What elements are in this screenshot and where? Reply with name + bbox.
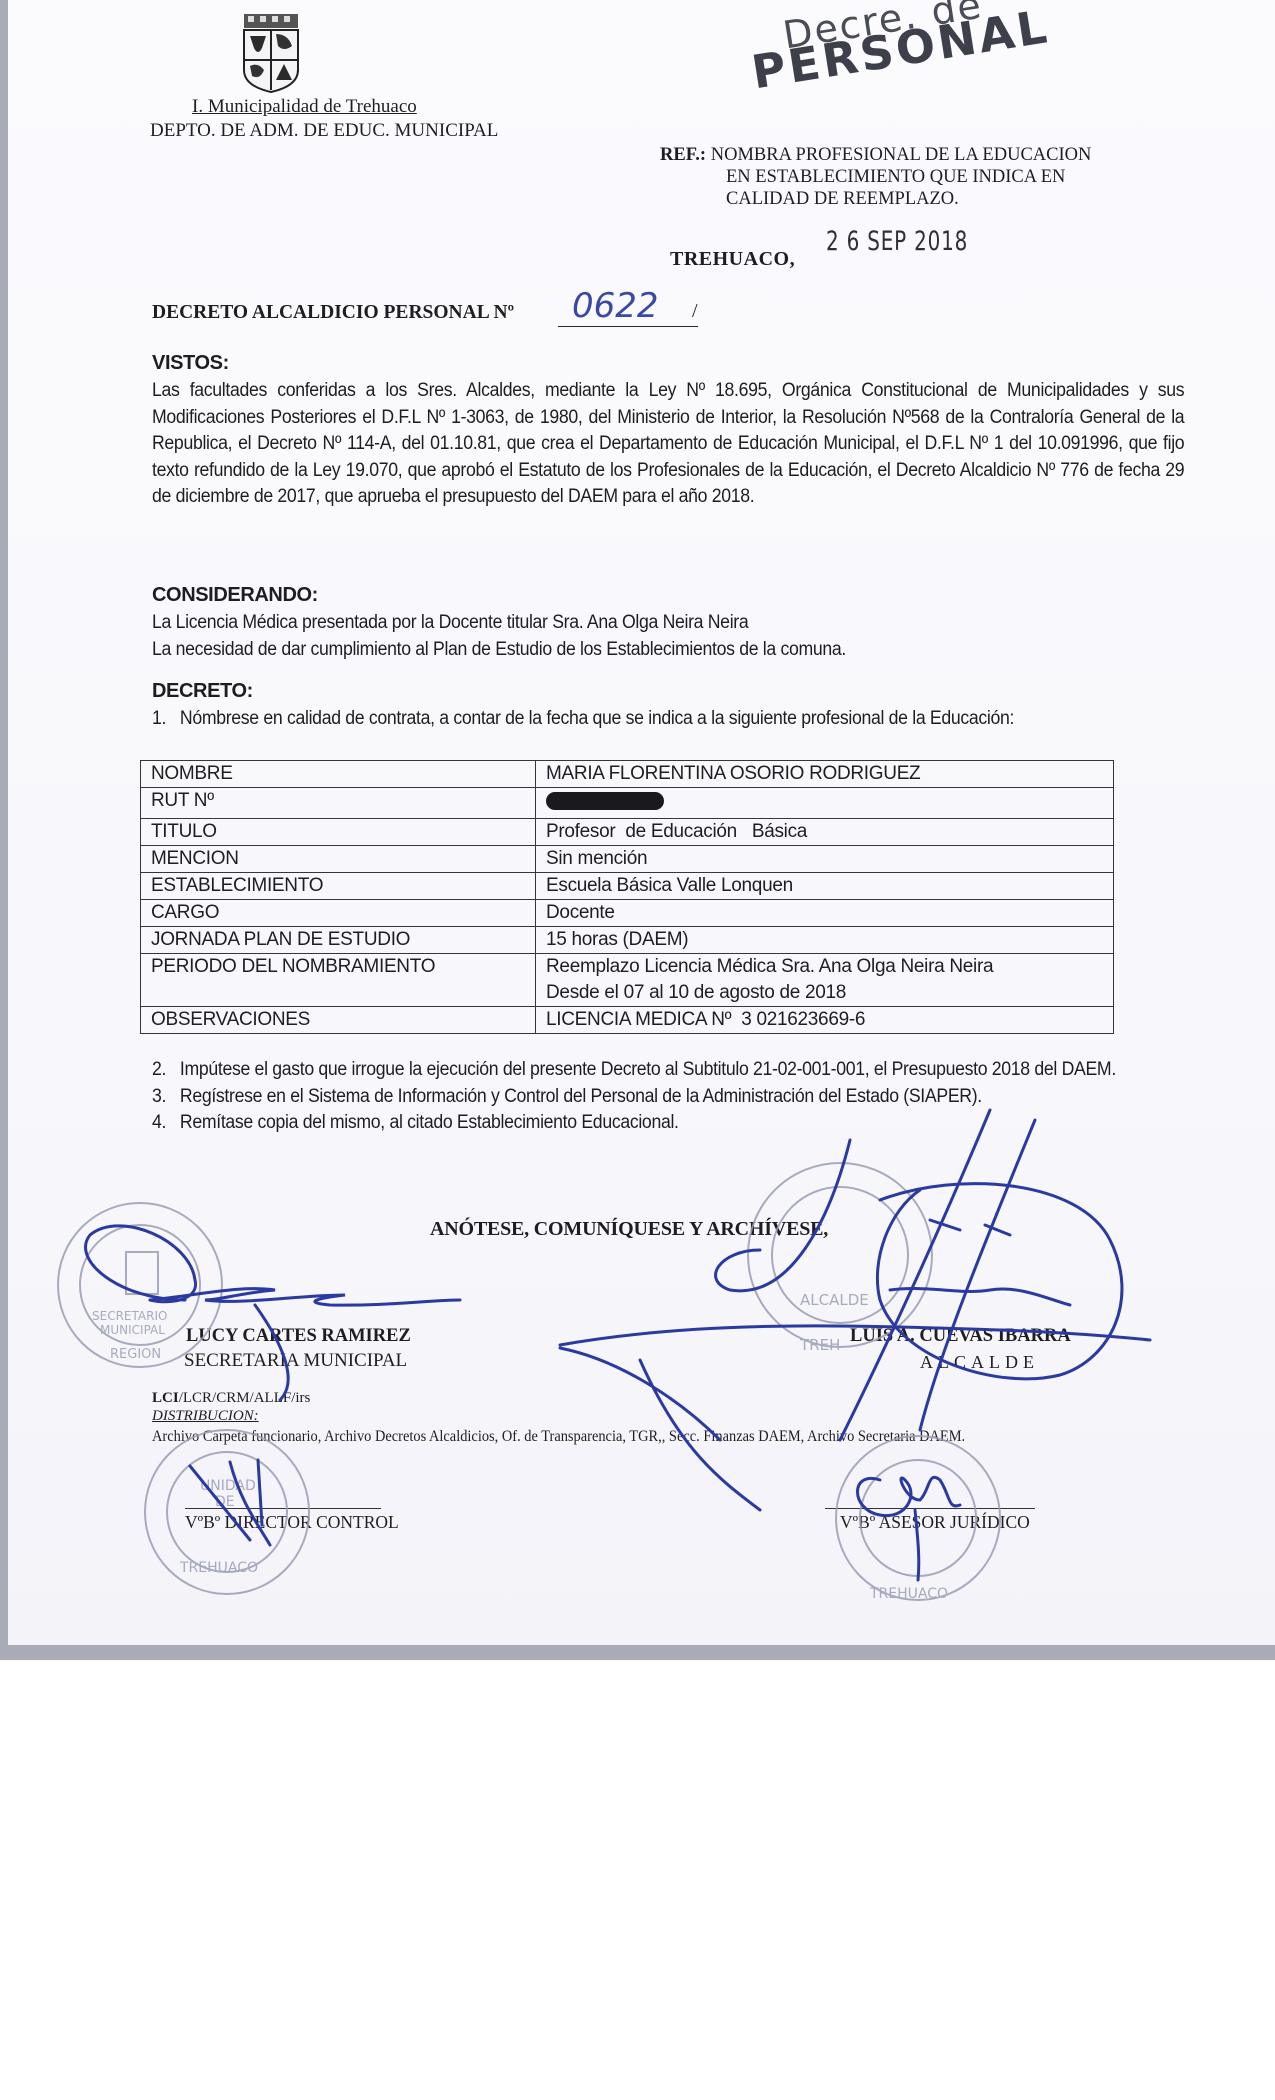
table-row: ESTABLECIMIENTOEscuela Básica Valle Lonq…	[141, 873, 1114, 900]
department-name: DEPTO. DE ADM. DE EDUC. MUNICIPAL	[150, 120, 498, 142]
row-value: MARIA FLORENTINA OSORIO RODRIGUEZ	[536, 761, 1114, 788]
item-text: Remítase copia del mismo, al citado Esta…	[180, 1110, 1184, 1137]
approval-control: VºBº DIRECTOR CONTROL	[185, 1512, 399, 1533]
row-label: PERIODO DEL NOMBRAMIENTO	[141, 954, 536, 1007]
reference-block: REF.: NOMBRA PROFESIONAL DE LA EDUCACION…	[660, 144, 1091, 210]
row-label: MENCION	[141, 846, 536, 873]
reference-line: EN ESTABLECIMIENTO QUE INDICA EN	[660, 166, 1091, 188]
reference-line: CALIDAD DE REEMPLAZO.	[660, 188, 1091, 210]
initials: LCI/LCR/CRM/ALLF/irs	[152, 1390, 310, 1407]
considerando-heading: CONSIDERANDO:	[152, 584, 318, 607]
considerando-text: La Licencia Médica presentada por la Doc…	[152, 610, 1175, 663]
row-value: Profesor de Educación Básica	[536, 819, 1114, 846]
row-label: JORNADA PLAN DE ESTUDIO	[141, 927, 536, 954]
considerando-line: La necesidad de dar cumplimiento al Plan…	[152, 637, 1175, 664]
row-label: CARGO	[141, 900, 536, 927]
table-row: TITULOProfesor de Educación Básica	[141, 819, 1114, 846]
decreto-item: 1. Nómbrese en calidad de contrata, a co…	[152, 706, 1184, 733]
considerando-line: La Licencia Médica presentada por la Doc…	[152, 610, 1175, 637]
row-label: ESTABLECIMIENTO	[141, 873, 536, 900]
reference-label: REF.:	[660, 145, 706, 165]
decree-title: DECRETO ALCALDICIO PERSONAL Nº	[152, 302, 514, 324]
secretary-role: SECRETARIA MUNICIPAL	[184, 1350, 407, 1372]
row-value: LICENCIA MEDICA Nº 3 021623669-6	[536, 1007, 1114, 1034]
item-text: Nómbrese en calidad de contrata, a conta…	[180, 706, 1184, 733]
signature-line	[825, 1508, 1035, 1509]
period-line: Reemplazo Licencia Médica Sra. Ana Olga …	[546, 954, 1103, 980]
decree-slash: /	[692, 300, 698, 323]
table-row: MENCIONSin mención	[141, 846, 1114, 873]
row-value: Sin mención	[536, 846, 1114, 873]
item-number: 3.	[152, 1084, 180, 1111]
decreto-heading: DECRETO:	[152, 680, 253, 703]
approval-legal: VºBº ASESOR JURÍDICO	[840, 1512, 1030, 1533]
row-label: NOMBRE	[141, 761, 536, 788]
distribution-text: Archivo Carpeta funcionario, Archivo Dec…	[152, 1428, 1194, 1446]
row-label: OBSERVACIONES	[141, 1007, 536, 1034]
municipality-name: I. Municipalidad de Trehuaco	[192, 96, 417, 118]
coat-of-arms-icon	[238, 12, 304, 94]
table-row: RUT Nº	[141, 788, 1114, 819]
redacted-mark	[546, 792, 664, 810]
decree-number: 0622	[558, 286, 698, 327]
item-text: Regístrese en el Sistema de Información …	[180, 1084, 1184, 1111]
mayor-role: ALCALDE	[920, 1352, 1039, 1373]
table-row: PERIODO DEL NOMBRAMIENTOReemplazo Licenc…	[141, 954, 1114, 1007]
decreto-list: 1. Nómbrese en calidad de contrata, a co…	[152, 706, 1184, 733]
signature-line	[185, 1508, 381, 1509]
vistos-text: Las facultades conferidas a los Sres. Al…	[152, 378, 1184, 511]
item-text: Impútese el gasto que irrogue la ejecuci…	[180, 1057, 1184, 1084]
row-value: 15 horas (DAEM)	[536, 927, 1114, 954]
row-label: TITULO	[141, 819, 536, 846]
row-value: Docente	[536, 900, 1114, 927]
mayor-name: LUIS A. CUEVAS IBARRA	[850, 1326, 1071, 1347]
closing-formula: ANÓTESE, COMUNÍQUESE Y ARCHÍVESE,	[430, 1218, 828, 1241]
item-number: 2.	[152, 1057, 180, 1084]
vistos-heading: VISTOS:	[152, 352, 229, 375]
table-row: NOMBREMARIA FLORENTINA OSORIO RODRIGUEZ	[141, 761, 1114, 788]
row-value	[536, 788, 1114, 819]
decreto-list-continued: 2. Impútese el gasto que irrogue la ejec…	[152, 1057, 1184, 1137]
item-number: 1.	[152, 706, 180, 733]
date-stamp: 2 6 SEP 2018	[826, 226, 968, 257]
appointee-table: NOMBREMARIA FLORENTINA OSORIO RODRIGUEZ …	[140, 760, 1114, 1034]
period-line: Desde el 07 al 10 de agosto de 2018	[546, 980, 1103, 1006]
distribution-heading: DISTRIBUCION:	[152, 1408, 259, 1425]
initials-rest: /LCR/CRM/ALLF/irs	[179, 1390, 311, 1406]
item-number: 4.	[152, 1110, 180, 1137]
decreto-item: 4. Remítase copia del mismo, al citado E…	[152, 1110, 1184, 1137]
row-value: Reemplazo Licencia Médica Sra. Ana Olga …	[536, 954, 1114, 1007]
city: TREHUACO,	[670, 248, 795, 271]
row-label: RUT Nº	[141, 788, 536, 819]
table-row: JORNADA PLAN DE ESTUDIO15 horas (DAEM)	[141, 927, 1114, 954]
row-value: Escuela Básica Valle Lonquen	[536, 873, 1114, 900]
decreto-item: 2. Impútese el gasto que irrogue la ejec…	[152, 1057, 1184, 1084]
table-row: OBSERVACIONESLICENCIA MEDICA Nº 3 021623…	[141, 1007, 1114, 1034]
initials-bold: LCI	[152, 1390, 179, 1406]
secretary-name: LUCY CARTES RAMIREZ	[186, 1326, 411, 1347]
reference-line: NOMBRA PROFESIONAL DE LA EDUCACION	[711, 145, 1092, 165]
decreto-item: 3. Regístrese en el Sistema de Informaci…	[152, 1084, 1184, 1111]
table-row: CARGODocente	[141, 900, 1114, 927]
